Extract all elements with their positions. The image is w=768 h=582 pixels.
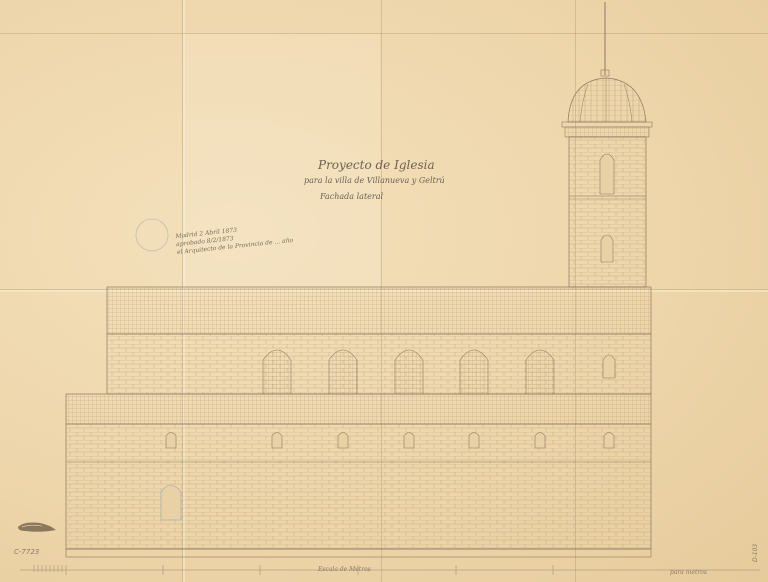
side-code: D-103 xyxy=(752,544,759,562)
scale-bar xyxy=(20,565,760,575)
small-window-2 xyxy=(272,433,282,449)
small-window-7 xyxy=(604,433,614,449)
base-plinth xyxy=(66,549,651,557)
elevation-drawing xyxy=(0,0,768,582)
tower-window-upper xyxy=(600,154,614,194)
scale-label-left: Escala de Metros xyxy=(318,566,371,573)
title-line-2: para la villa de Villanueva y Geltrú xyxy=(304,176,445,185)
small-window-3 xyxy=(338,433,348,449)
shoe-sketch xyxy=(18,523,56,532)
spire xyxy=(601,2,609,76)
small-window-4 xyxy=(404,433,414,449)
title-line-1: Proyecto de Iglesia xyxy=(318,158,435,172)
upper-roof-band xyxy=(107,287,651,334)
small-window-6 xyxy=(535,433,545,449)
arched-window-3 xyxy=(395,350,423,394)
arched-window-4 xyxy=(460,350,488,394)
arched-window-1 xyxy=(263,350,291,394)
lower-roof-band xyxy=(66,394,651,424)
small-window-1 xyxy=(166,433,176,449)
small-window-5 xyxy=(469,433,479,449)
dome xyxy=(562,78,652,137)
lower-wall xyxy=(66,424,651,549)
arched-window-5 xyxy=(526,350,554,394)
catalog-number: C-7723 xyxy=(14,548,39,556)
door xyxy=(161,485,181,520)
tower-window-lower xyxy=(601,235,613,262)
title-line-3: Fachada lateral xyxy=(320,192,383,201)
tower-window-small xyxy=(603,355,615,378)
clerestory-wall xyxy=(107,334,651,394)
circular-seal-stamp xyxy=(136,219,168,251)
scale-label-right: para metros xyxy=(670,569,707,576)
arched-window-2 xyxy=(329,350,357,394)
bell-tower xyxy=(569,137,646,287)
